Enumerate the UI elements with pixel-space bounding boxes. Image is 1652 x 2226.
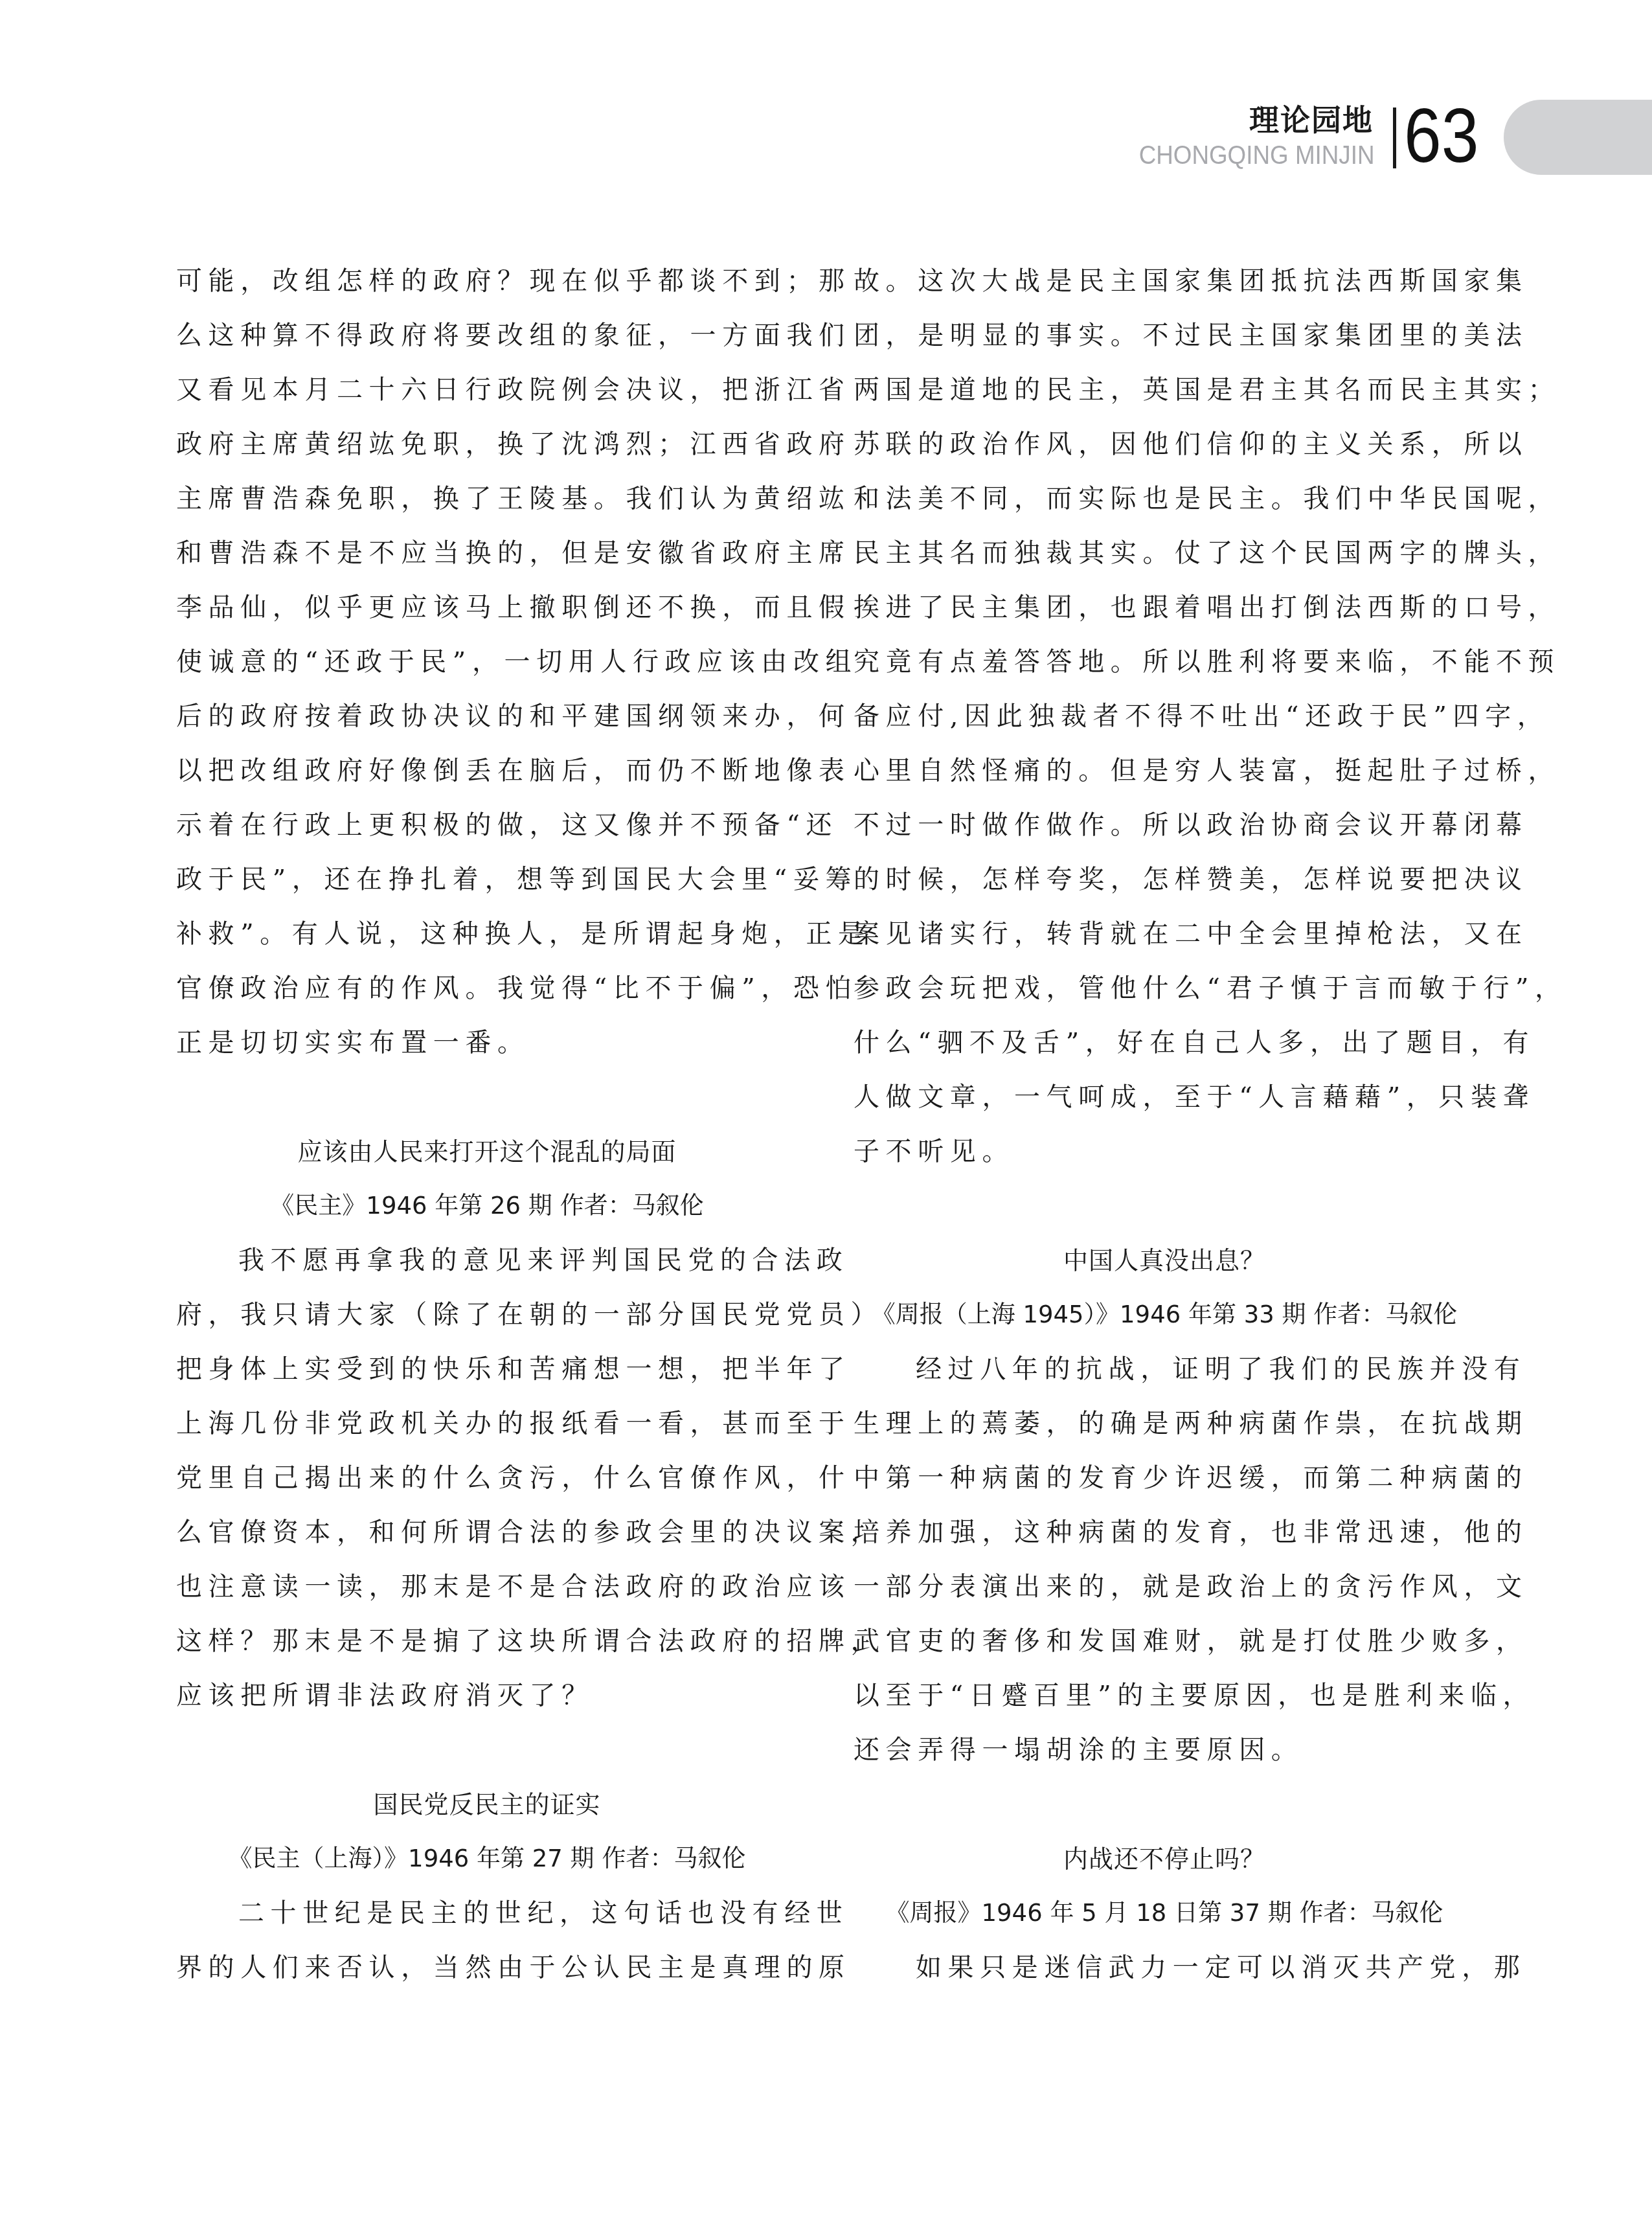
text-line: 不过一时做作做作。所以政治协商会议开幕闭幕 — [854, 798, 1475, 852]
text-line: 主席曹浩森免职，换了王陵基。我们认为黄绍竑 — [176, 471, 798, 526]
text-line: 应该把所谓非法政府消灭了？ — [176, 1668, 798, 1723]
article-source: 《民主（上海）》1946 年第 27 期 作者：马叙伦 — [176, 1832, 798, 1886]
text-line: 政于民”，还在挣扎着，想等到国民大会里“妥筹 — [176, 852, 798, 907]
text-line: 二十世纪是民主的世纪，这句话也没有经世 — [176, 1886, 798, 1940]
text-line: 正是切切实实布置一番。 — [176, 1016, 798, 1070]
article-title: 应该由人民来打开这个混乱的局面 — [176, 1124, 798, 1179]
text-line: 和法美不同，而实际也是民主。我们中华民国呢， — [854, 471, 1475, 526]
text-line: 两国是道地的民主，英国是君主其名而民主其实； — [854, 363, 1475, 417]
text-line: 又看见本月二十六日行政院例会决议，把浙江省 — [176, 363, 798, 417]
text-line: 培养加强，这种病菌的发育，也非常迅速，他的 — [854, 1505, 1475, 1560]
text-line: 人做文章，一气呵成，至于“人言藉藉”，只装聋 — [854, 1070, 1475, 1124]
text-line: 党里自己揭出来的什么贪污，什么官僚作风，什 — [176, 1451, 798, 1505]
left-column: 可能，改组怎样的政府？现在似乎都谈不到；那 么这种算不得政府将要改组的象征，一方… — [176, 254, 798, 1995]
section-subtitle: CHONGQING MINJIN — [1139, 141, 1375, 170]
text-line: 么官僚资本，和何所谓合法的参政会里的决议案， — [176, 1505, 798, 1560]
text-line: 苏联的政治作风，因他们信仰的主义关系，所以 — [854, 417, 1475, 471]
text-line: 子不听见。 — [854, 1124, 1475, 1179]
continued-paragraph: 可能，改组怎样的政府？现在似乎都谈不到；那 么这种算不得政府将要改组的象征，一方… — [176, 254, 798, 1070]
article-source: 《周报》1946 年 5 月 18 日第 37 期 作者：马叙伦 — [854, 1886, 1475, 1940]
text-line: 官僚政治应有的作风。我觉得“比不于偏”，恐怕 — [176, 961, 798, 1016]
article-source: 《民主》1946 年第 26 期 作者：马叙伦 — [176, 1179, 798, 1233]
text-line: 补救”。有人说，这种换人，是所谓起身炮，正是 — [176, 907, 798, 961]
text-line: 上海几份非党政机关办的报纸看一看，甚而至于 — [176, 1396, 798, 1451]
article-body: 经过八年的抗战，证明了我们的民族并没有 生理上的蔫萎，的确是两种病菌作祟，在抗战… — [854, 1342, 1475, 1777]
text-line: 一部分表演出来的，就是政治上的贪污作风，文 — [854, 1560, 1475, 1614]
text-line: 后的政府按着政协决议的和平建国纲领来办，何 — [176, 689, 798, 744]
text-line: 故。这次大战是民主国家集团抵抗法西斯国家集 — [854, 254, 1475, 308]
text-line: 么这种算不得政府将要改组的象征，一方面我们 — [176, 308, 798, 363]
right-column: 故。这次大战是民主国家集团抵抗法西斯国家集 团，是明显的事实。不过民主国家集团里… — [854, 254, 1475, 1995]
article-source: 《周报（上海 1945）》1946 年第 33 期 作者：马叙伦 — [854, 1288, 1475, 1342]
text-line: 参政会玩把戏，管他什么“君子慎于言而敏于行”， — [854, 961, 1475, 1016]
text-line: 什么“驷不及舌”，好在自己人多，出了题目，有 — [854, 1016, 1475, 1070]
text-line: 李品仙，似乎更应该马上撤职倒还不换，而且假 — [176, 580, 798, 635]
text-line: 和曹浩森不是不应当换的，但是安徽省政府主席 — [176, 526, 798, 580]
text-line: 民主其名而独裁其实。仗了这个民国两字的牌头， — [854, 526, 1475, 580]
text-line: 挨进了民主集团，也跟着唱出打倒法西斯的口号， — [854, 580, 1475, 635]
text-line: 我不愿再拿我的意见来评判国民党的合法政 — [176, 1233, 798, 1288]
text-line: 生理上的蔫萎，的确是两种病菌作祟，在抗战期 — [854, 1396, 1475, 1451]
text-line: 还会弄得一塌胡涂的主要原因。 — [854, 1723, 1475, 1777]
text-line: 以至于“日蹙百里”的主要原因，也是胜利来临， — [854, 1668, 1475, 1723]
article-people-open-chaos: 应该由人民来打开这个混乱的局面 《民主》1946 年第 26 期 作者：马叙伦 … — [176, 1124, 798, 1723]
text-line: 备应付,因此独裁者不得不吐出“还政于民”四字， — [854, 689, 1475, 744]
text-line: 经过八年的抗战，证明了我们的民族并没有 — [854, 1342, 1475, 1396]
text-line: 也注意读一读，那末是不是合法政府的政治应该 — [176, 1560, 798, 1614]
text-line: 府，我只请大家（除了在朝的一部分国民党党员） — [176, 1288, 798, 1342]
text-line: 中第一种病菌的发育少许迟缓，而第二种病菌的 — [854, 1451, 1475, 1505]
text-line: 究竟有点羞答答地。所以胜利将要来临，不能不预 — [854, 635, 1475, 689]
text-line: 这样？那末是不是掮了这块所谓合法政府的招牌， — [176, 1614, 798, 1668]
article-title: 中国人真没出息？ — [854, 1233, 1475, 1288]
text-line: 的时候，怎样夸奖，怎样赞美，怎样说要把决议 — [854, 852, 1475, 907]
page-edge-tab — [1504, 100, 1652, 175]
text-line: 心里自然怪痛的。但是穷人装富，挺起肚子过桥， — [854, 744, 1475, 798]
article-civil-war: 内战还不停止吗？ 《周报》1946 年 5 月 18 日第 37 期 作者：马叙… — [854, 1832, 1475, 1995]
page-number: 63 — [1404, 97, 1479, 175]
text-line: 如果只是迷信武力一定可以消灭共产党，那 — [854, 1940, 1475, 1995]
article-body: 我不愿再拿我的意见来评判国民党的合法政 府，我只请大家（除了在朝的一部分国民党党… — [176, 1233, 798, 1723]
text-line: 使诚意的“还政于民”，一切用人行政应该由改组 — [176, 635, 798, 689]
text-line: 把身体上实受到的快乐和苦痛想一想，把半年了 — [176, 1342, 798, 1396]
page-header: 理论园地 CHONGQING MINJIN 63 — [0, 0, 1652, 194]
text-line: 政府主席黄绍竑免职，换了沈鸿烈；江西省政府 — [176, 417, 798, 471]
text-line: 团，是明显的事实。不过民主国家集团里的美法 — [854, 308, 1475, 363]
continued-paragraph: 故。这次大战是民主国家集团抵抗法西斯国家集 团，是明显的事实。不过民主国家集团里… — [854, 254, 1475, 1179]
text-line: 案见诸实行，转背就在二中全会里掉枪法，又在 — [854, 907, 1475, 961]
text-line: 界的人们来否认，当然由于公认民主是真理的原 — [176, 1940, 798, 1995]
text-line: 可能，改组怎样的政府？现在似乎都谈不到；那 — [176, 254, 798, 308]
article-chinese-no-future: 中国人真没出息？ 《周报（上海 1945）》1946 年第 33 期 作者：马叙… — [854, 1233, 1475, 1777]
text-line: 武官吏的奢侈和发国难财，就是打仗胜少败多， — [854, 1614, 1475, 1668]
text-line: 以把改组政府好像倒丢在脑后，而仍不断地像表 — [176, 744, 798, 798]
article-kmt-anti-democracy: 国民党反民主的证实 《民主（上海）》1946 年第 27 期 作者：马叙伦 二十… — [176, 1777, 798, 1995]
article-title: 国民党反民主的证实 — [176, 1777, 798, 1832]
article-body: 如果只是迷信武力一定可以消灭共产党，那 — [854, 1940, 1475, 1995]
header-divider — [1393, 108, 1396, 168]
text-line: 示着在行政上更积极的做，这又像并不预备“还 — [176, 798, 798, 852]
article-body: 二十世纪是民主的世纪，这句话也没有经世 界的人们来否认，当然由于公认民主是真理的… — [176, 1886, 798, 1995]
section-title: 理论园地 — [1249, 104, 1374, 136]
article-title: 内战还不停止吗？ — [854, 1832, 1475, 1886]
